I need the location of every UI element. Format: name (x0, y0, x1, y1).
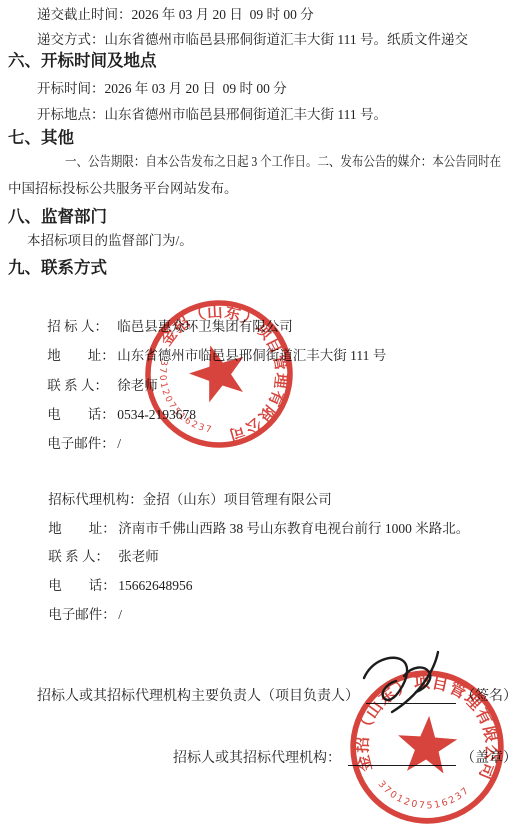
row-label: 联 系 人： (47, 371, 117, 400)
section6-heading: 六、开标时间及地点 (8, 51, 157, 70)
row-label: 电子邮件： (48, 601, 118, 630)
section9-heading: 九、联系方式 (8, 258, 107, 277)
row-label: 联 系 人： (48, 543, 118, 572)
row-value: / (117, 436, 121, 451)
signoff-line1-text: 招标人或其招标代理机构主要负责人（项目负责人） (37, 688, 359, 706)
agency-name-row: 招标代理机构：金招（山东）项目管理有限公司 (28, 457, 469, 486)
row-label: 招标代理机构： (48, 486, 143, 515)
bid-opening-time-line: 开标时间：2026 年 03 月 20 日 09 时 00 分 (37, 80, 287, 97)
star-icon (183, 333, 260, 411)
row-label: 电子邮件： (47, 429, 117, 458)
section7-body-line1: 一、公告期限：自本公告发布之日起 3 个工作日。二、发布公告的媒介：本公告同时在 (65, 153, 501, 170)
row-label: 地 址： (47, 341, 117, 370)
row-value: 济南市千佛山西路 38 号山东教育电视台前行 1000 米路北。 (118, 521, 469, 536)
row-label: 地 址： (48, 515, 118, 544)
section7-heading: 七、其他 (8, 128, 74, 147)
submission-method-line: 递交方式：山东省德州市临邑县邢侗街道汇丰大街 111 号。纸质文件递交 (37, 31, 468, 48)
row-label: 电 话： (48, 572, 118, 601)
row-label: 招 标 人： (47, 312, 117, 341)
signoff-line2-text: 招标人或其招标代理机构： (173, 750, 341, 768)
bid-opening-place-line: 开标地点：山东省德州市临邑县邢侗街道汇丰大街 111 号。 (37, 106, 387, 123)
row-value: 15662648956 (118, 578, 192, 593)
row-value: / (118, 607, 122, 622)
agency-contact-block: 招标代理机构：金招（山东）项目管理有限公司 地 址：济南市千佛山西路 38 号山… (28, 457, 469, 601)
row-value: 张老师 (118, 549, 159, 564)
section7-body-line2: 中国招标投标公共服务平台网站发布。 (8, 180, 238, 197)
submission-deadline-line: 递交截止时间：2026 年 03 月 20 日 09 时 00 分 (37, 6, 314, 23)
tender-announcement-page: 递交截止时间：2026 年 03 月 20 日 09 时 00 分 递交方式：山… (0, 0, 520, 828)
row-value: 金招（山东）项目管理有限公司 (143, 492, 332, 507)
star-icon (396, 714, 459, 774)
handwritten-signature (352, 648, 456, 720)
row-label: 电 话： (47, 400, 117, 429)
section8-body-line: 本招标项目的监督部门为/。 (27, 232, 193, 249)
section8-heading: 八、监督部门 (8, 207, 107, 226)
